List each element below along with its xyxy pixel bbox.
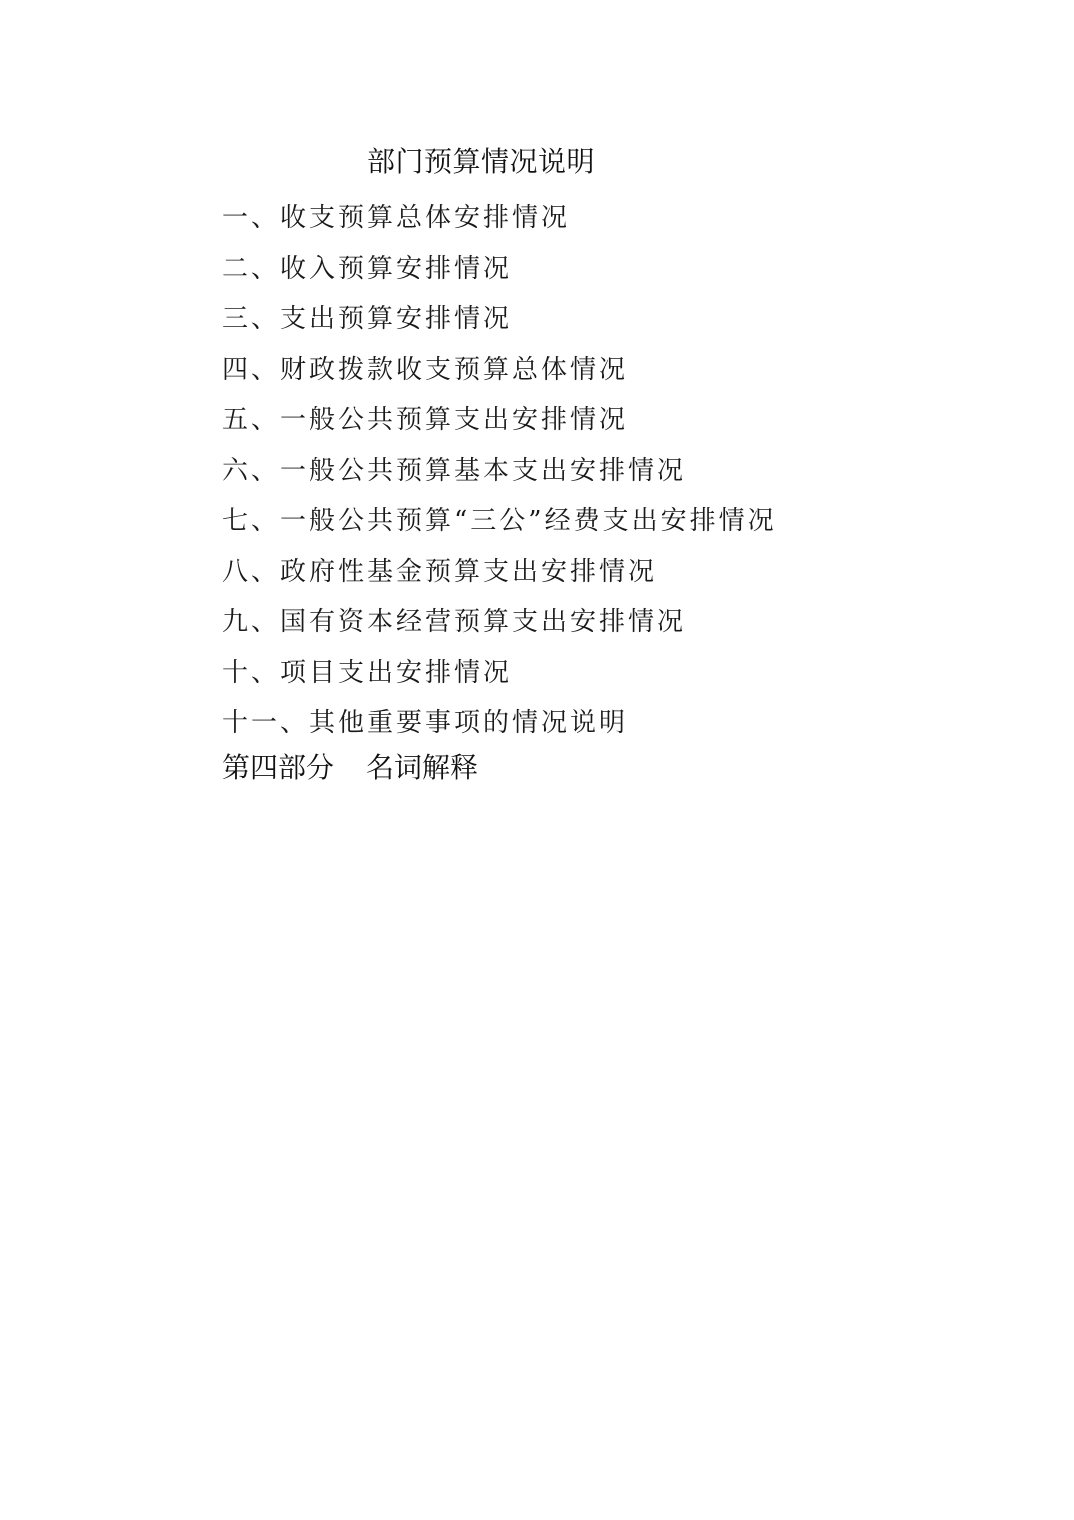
section-part-label: 第四部分: [222, 751, 334, 784]
toc-item-3: 三、支出预算安排情况: [222, 294, 777, 345]
toc-item-8: 八、政府性基金预算支出安排情况: [222, 547, 777, 598]
toc-item-1: 一、收支预算总体安排情况: [222, 193, 777, 244]
toc-item-5: 五、一般公共预算支出安排情况: [222, 395, 777, 446]
toc-item-2: 二、收入预算安排情况: [222, 244, 777, 295]
toc-list: 一、收支预算总体安排情况 二、收入预算安排情况 三、支出预算安排情况 四、财政拨…: [222, 193, 777, 749]
section-title: 第四部分名词解释: [222, 749, 478, 787]
document-page: 部门预算情况说明 一、收支预算总体安排情况 二、收入预算安排情况 三、支出预算安…: [0, 0, 1074, 1520]
toc-item-6: 六、一般公共预算基本支出安排情况: [222, 446, 777, 497]
toc-item-11: 十一、其他重要事项的情况说明: [222, 698, 777, 749]
toc-item-10: 十、项目支出安排情况: [222, 648, 777, 699]
toc-item-4: 四、财政拨款收支预算总体情况: [222, 345, 777, 396]
toc-item-9: 九、国有资本经营预算支出安排情况: [222, 597, 777, 648]
section-title-label: 名词解释: [366, 751, 478, 784]
page-heading: 部门预算情况说明: [367, 143, 595, 181]
toc-item-7: 七、一般公共预算“三公”经费支出安排情况: [222, 496, 777, 547]
